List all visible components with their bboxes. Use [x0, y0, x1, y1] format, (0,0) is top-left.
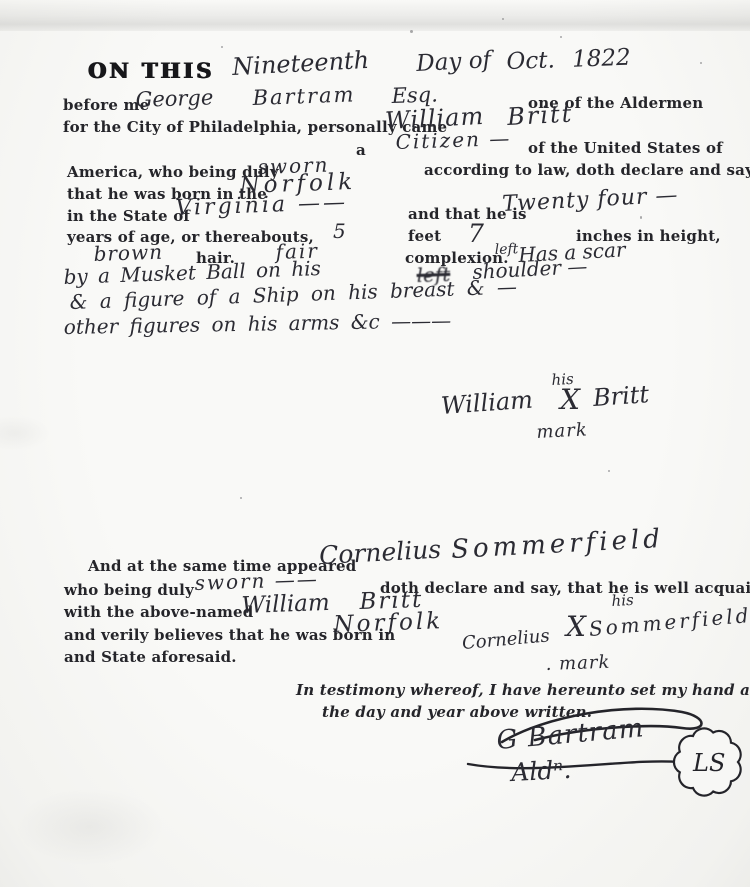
printed-of-united-states: of the United States of	[528, 139, 723, 157]
hw-age: Twenty four —	[502, 183, 679, 217]
hw-witness-last: Sommerfield	[450, 524, 664, 565]
hw-sig1-last: Britt	[592, 380, 650, 412]
seal-ls-text: LS	[692, 749, 725, 777]
hw-alderman-first: George	[135, 85, 214, 112]
printed-state-line: in the State of	[67, 207, 190, 225]
paper-speck	[560, 36, 562, 38]
hw-alderman-last: Bartram	[252, 82, 356, 110]
hw-sig1-first: William	[440, 386, 534, 420]
hw-birthplace2: Norfolk	[333, 608, 443, 638]
hw-day-word: Nineteenth	[232, 46, 370, 81]
paper-speck	[700, 62, 702, 64]
hw-deponent-last: Britt	[507, 100, 574, 131]
printed-doth-line: doth declare and say, that he is well ac…	[380, 579, 750, 597]
hw-sig2-mark: . mark	[545, 652, 610, 675]
paper-speck	[608, 470, 610, 472]
document-paper: ON THIS before me one of the Aldermen fo…	[0, 0, 750, 887]
hw-sig1-mark: mark	[536, 419, 588, 443]
paper-crease	[15, 788, 165, 866]
paper-bottom-edge-shadow	[0, 0, 750, 31]
hw-day-of: Day of	[416, 47, 492, 77]
paper-speck	[640, 216, 642, 219]
hw-feet-value: 5	[333, 219, 346, 243]
hw-sig2-his: his	[611, 591, 634, 610]
printed-a: a	[356, 141, 366, 159]
printed-on-this: ON THIS	[88, 58, 214, 83]
hw-citizen: Citizen —	[395, 126, 512, 154]
hw-inserted-left: left	[494, 241, 518, 258]
hw-state: Virginia ——	[175, 190, 348, 221]
printed-feet-label: feet	[408, 227, 441, 245]
hw-sig2-first: Cornelius	[461, 625, 550, 654]
hw-sig2-x-mark: X	[566, 610, 586, 643]
printed-according-line: according to law, doth declare and say,	[424, 161, 750, 179]
hw-inches-value: 7	[468, 219, 484, 248]
hw-sig1-x-mark: X	[560, 383, 580, 416]
hw-marks-line4: other figures on his arms &c ———	[64, 308, 452, 339]
printed-who-line: who being duly	[64, 581, 194, 599]
printed-with-line: with the above-named	[64, 603, 254, 621]
paper-speck	[240, 497, 242, 499]
printed-aforesaid-line: and State aforesaid.	[64, 648, 237, 666]
paper-speck	[221, 46, 223, 48]
hw-witness-first: Cornelius	[318, 535, 441, 570]
signature-underline	[468, 761, 680, 768]
hw-month-year: Oct. 1822	[506, 45, 631, 75]
signature-flourish-and-seal: LS	[450, 700, 750, 805]
hw-named-first: William	[241, 590, 330, 619]
printed-testimony-line1: In testimony whereof, I have hereunto se…	[296, 681, 750, 699]
hw-alderman-title: Aldⁿ.	[510, 755, 572, 787]
paper-crease	[0, 415, 50, 451]
